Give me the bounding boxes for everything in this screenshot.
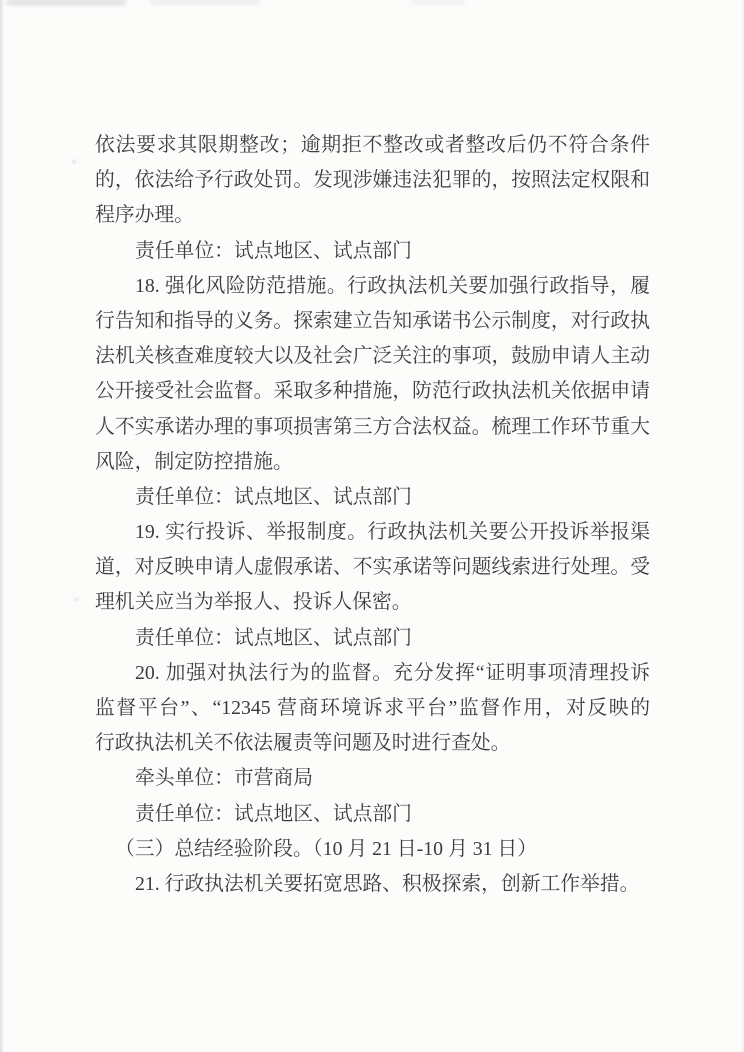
scan-speck	[74, 598, 79, 601]
text-line: 20. 加强对执法行为的监督。充分发挥“证明事项清理投诉	[95, 656, 650, 691]
text-line: 责任单位：试点地区、试点部门	[95, 234, 650, 269]
text-line: 责任单位：试点地区、试点部门	[95, 621, 650, 656]
scan-speck	[72, 160, 76, 163]
text-line: 18. 强化风险防范措施。行政执法机关要加强行政指导，履	[95, 269, 650, 304]
text-line: 19. 实行投诉、举报制度。行政执法机关要公开投诉举报渠	[95, 515, 650, 550]
text-line: 21. 行政执法机关要拓宽思路、积极探索，创新工作举措。	[95, 867, 650, 902]
text-line: 牵头单位：市营商局	[95, 761, 650, 796]
text-line: 责任单位：试点地区、试点部门	[95, 480, 650, 515]
scan-smudge	[150, 0, 260, 4]
document-text-block: 依法要求其限期整改；逾期拒不整改或者整改后仍不符合条件的，依法给予行政处罚。发现…	[95, 128, 650, 902]
text-line: 人不实承诺办理的事项损害第三方合法权益。梳理工作环节重大	[95, 410, 650, 445]
text-line: 的，依法给予行政处罚。发现涉嫌违法犯罪的，按照法定权限和	[95, 163, 650, 198]
text-line: 依法要求其限期整改；逾期拒不整改或者整改后仍不符合条件	[95, 128, 650, 163]
text-line: 行政执法机关不依法履责等问题及时进行查处。	[95, 726, 650, 761]
text-line: 公开接受社会监督。采取多种措施，防范行政执法机关依据申请	[95, 374, 650, 409]
scan-smudge	[410, 0, 465, 4]
text-line: 程序办理。	[95, 198, 650, 233]
scan-smudge	[6, 0, 126, 5]
text-line: 法机关核查难度较大以及社会广泛关注的事项，鼓励申请人主动	[95, 339, 650, 374]
text-line: 风险，制定防控措施。	[95, 445, 650, 480]
text-line: （三）总结经验阶段。（10 月 21 日-10 月 31 日）	[95, 832, 650, 867]
text-line: 理机关应当为举报人、投诉人保密。	[95, 585, 650, 620]
text-line: 道，对反映申请人虚假承诺、不实承诺等问题线索进行处理。受	[95, 550, 650, 585]
text-line: 责任单位：试点地区、试点部门	[95, 797, 650, 832]
text-line: 监督平台”、“12345 营商环境诉求平台”监督作用，对反映的	[95, 691, 650, 726]
scanned-document-page: 依法要求其限期整改；逾期拒不整改或者整改后仍不符合条件的，依法给予行政处罚。发现…	[0, 0, 744, 1052]
scan-left-edge-shadow	[0, 0, 4, 1052]
text-line: 行告知和指导的义务。探索建立告知承诺书公示制度，对行政执	[95, 304, 650, 339]
